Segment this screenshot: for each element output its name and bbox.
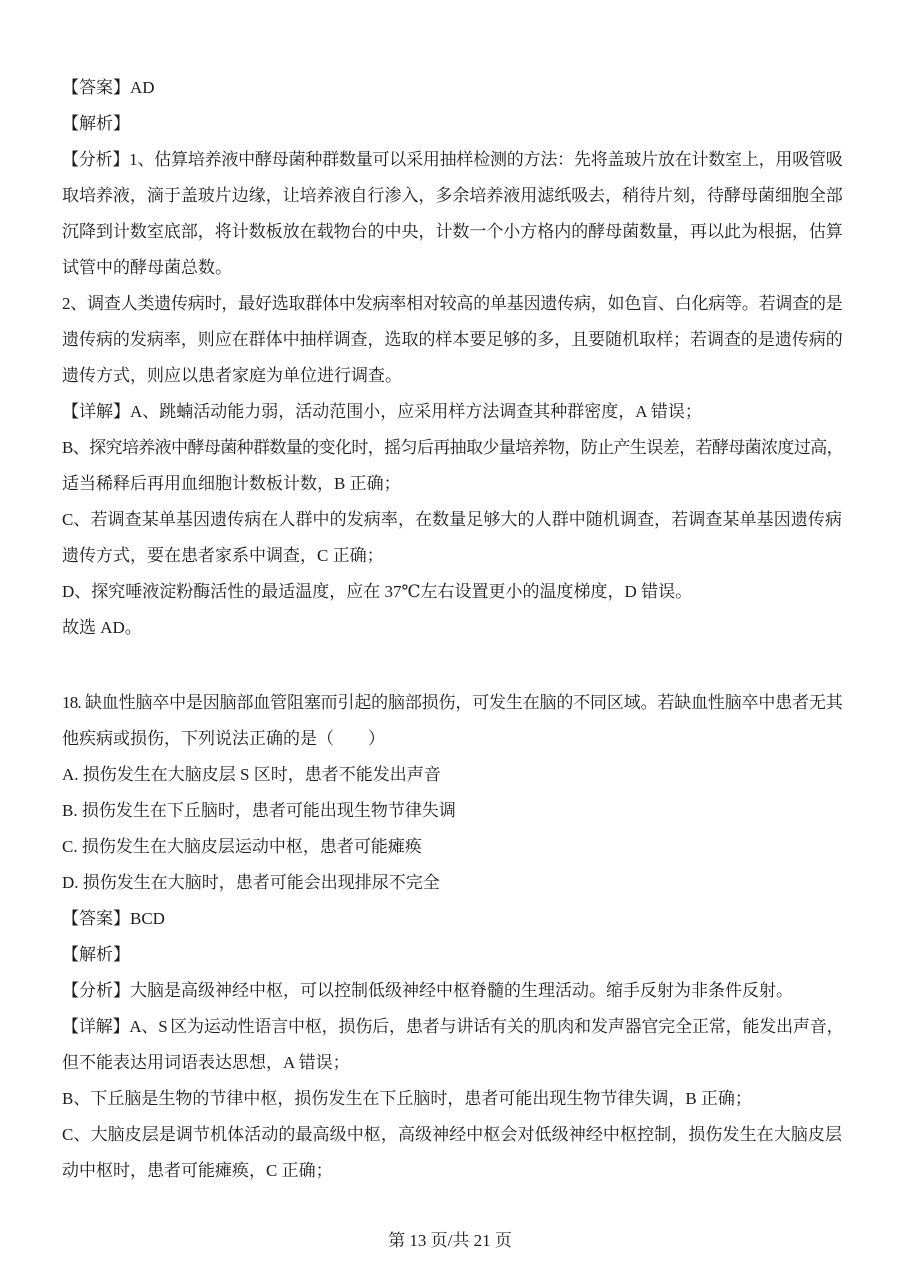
q18-option-a: A. 损伤发生在大脑皮层 S 区时，患者不能发出声音 — [62, 757, 842, 793]
q18-option-c: C. 损伤发生在大脑皮层运动中枢，患者可能瘫痪 — [62, 829, 842, 865]
q18-stem-line: 18. 缺血性脑卒中是因脑部血管阻塞而引起的脑部损伤，可发生在脑的不同区域。若缺… — [62, 685, 842, 721]
q17-detail-line-a: 【详解】A、跳蝻活动能力弱，活动范围小，应采用样方法调查其种群密度，A 错误； — [62, 394, 842, 430]
document-page: 【答案】AD 【解析】 【分析】1、估算培养液中酵母菌种群数量可以采用抽样检测的… — [0, 0, 900, 1273]
q17-analysis-point2-line: 遗传方式，则应以患者家庭为单位进行调查。 — [62, 358, 842, 394]
q17-detail-line-c: C、若调查某单基因遗传病在人群中的发病率，在数量足够大的人群中随机调查，若调查某… — [62, 502, 842, 538]
page-number-footer: 第 13 页/共 21 页 — [0, 1226, 900, 1251]
q17-analysis-point2-line: 2、调查人类遗传病时，最好选取群体中发病率相对较高的单基因遗传病，如色盲、白化病… — [62, 286, 842, 322]
q18-option-b: B. 损伤发生在下丘脑时，患者可能出现生物节律失调 — [62, 793, 842, 829]
q17-detail-line-c: 遗传方式，要在患者家系中调查，C 正确； — [62, 538, 842, 574]
q17-analysis-line: 试管中的酵母菌总数。 — [62, 250, 842, 286]
q17-analysis-point2-line: 遗传病的发病率，则应在群体中抽样调查，选取的样本要足够的多，且要随机取样；若调查… — [62, 322, 842, 358]
q18-analysis-line: 【分析】大脑是高级神经中枢，可以控制低级神经中枢脊髓的生理活动。缩手反射为非条件… — [62, 973, 842, 1009]
q17-detail-line-b: B、探究培养液中酵母菌种群数量的变化时，摇匀后再抽取少量培养物，防止产生误差，若… — [62, 430, 842, 466]
q18-detail-line-c: C、大脑皮层是调节机体活动的最高级中枢，高级神经中枢会对低级神经中枢控制，损伤发… — [62, 1117, 842, 1153]
q17-analysis-label: 【解析】 — [62, 106, 842, 142]
q18-detail-line-a: 但不能表达用词语表达思想，A 错误； — [62, 1045, 842, 1081]
q18-detail-line-b: B、下丘脑是生物的节律中枢，损伤发生在下丘脑时，患者可能出现生物节律失调，B 正… — [62, 1081, 842, 1117]
q18-detail-line-c: 动中枢时，患者可能瘫痪，C 正确； — [62, 1153, 842, 1189]
document-body: 【答案】AD 【解析】 【分析】1、估算培养液中酵母菌种群数量可以采用抽样检测的… — [62, 70, 842, 1189]
q17-conclusion-line: 故选 AD。 — [62, 610, 842, 646]
q17-detail-line-b: 适当稀释后再用血细胞计数板计数，B 正确； — [62, 466, 842, 502]
q18-analysis-label: 【解析】 — [62, 937, 842, 973]
q17-answer-line: 【答案】AD — [62, 70, 842, 106]
q18-answer-line: 【答案】BCD — [62, 901, 842, 937]
question-separator — [62, 646, 842, 685]
q17-analysis-line: 取培养液，滴于盖玻片边缘，让培养液自行渗入，多余培养液用滤纸吸去，稍待片刻，待酵… — [62, 178, 842, 214]
q17-analysis-line: 沉降到计数室底部，将计数板放在载物台的中央，计数一个小方格内的酵母菌数量，再以此… — [62, 214, 842, 250]
q18-option-d: D. 损伤发生在大脑时，患者可能会出现排尿不完全 — [62, 865, 842, 901]
q17-detail-line-d: D、探究唾液淀粉酶活性的最适温度，应在 37℃左右设置更小的温度梯度，D 错误。 — [62, 574, 842, 610]
q18-stem-line: 他疾病或损伤，下列说法正确的是（ ） — [62, 721, 842, 757]
q17-analysis-line: 【分析】1、估算培养液中酵母菌种群数量可以采用抽样检测的方法：先将盖玻片放在计数… — [62, 142, 842, 178]
q18-detail-line-a: 【详解】A、S 区为运动性语言中枢，损伤后，患者与讲话有关的肌肉和发声器官完全正… — [62, 1009, 842, 1045]
